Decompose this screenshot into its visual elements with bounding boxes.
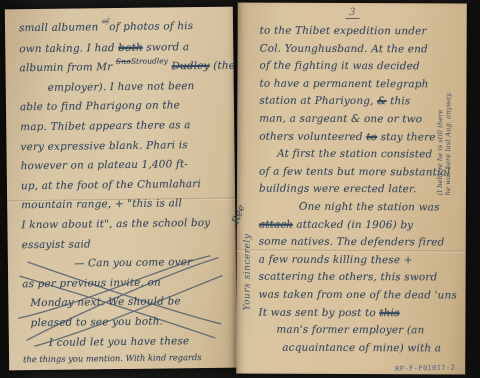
handwriting-line: some natives. The defenders fired [259,234,452,252]
handwriting-segment: very expressive blank. Phari is [20,139,187,153]
page-number: 3 [345,7,359,19]
handwriting-segment: was taken from one of the dead 'uns [259,289,457,302]
handwriting-segment-x: Dudley [171,60,209,72]
handwriting-segment: mountain range, + "this is all [21,198,182,212]
handwriting-segment: sword a [143,41,190,54]
handwriting-segment-x: both [118,41,143,53]
handwriting-line: man, a sargeant & one or two [259,111,452,129]
handwriting-segment: however on a plateau 1,400 ft- [21,158,188,172]
letter-page-left: small albumen ofof photos of hisown taki… [5,7,237,371]
handwriting-segment-x: attack [259,218,293,230]
handwriting-line: small albumen ofof photos of his [19,17,227,40]
handwriting-line: as per previous invite, on [22,272,230,294]
right-margin-note: (I believe he is still there he was here… [436,27,453,195]
handwriting-segment: It was sent by post to [258,306,379,319]
handwriting-line: able to find Pharigong on the [20,96,228,118]
handwriting-segment: Monday next. We should be [30,296,181,310]
handwriting-segment: One night the station was [299,201,440,214]
handwriting-segment: attacked (in 1906) by [293,218,413,231]
handwriting-segment: I could let you have these [49,335,190,349]
handwriting-segment: the things you mention. With kind regard… [23,352,202,364]
handwriting-line: to the Thibet expedition under [260,23,453,41]
handwriting-segment: At first the station consisted [277,148,432,161]
handwriting-segment: man, a sargeant & one or two [259,113,422,126]
handwriting-segment: employer). I have not been [48,80,195,94]
handwriting-line: — Can you come over [22,253,230,275]
handwriting-segment: small albumen [19,21,102,34]
catalog-number: RP-F-F01017-2 [395,364,455,373]
handwriting-segment: own taking. I had [19,42,118,55]
handwriting-segment: to the Thibet expedition under [260,25,427,38]
handwriting-line: to have a permanent telegraph [259,75,452,93]
handwriting-line: station at Phariyong, & this [259,93,452,111]
handwriting-segment: of the fighting it was decided [260,60,420,73]
handwriting-segment-insmark: of [102,17,109,25]
handwriting-line: acquaintance of mine) with a [258,339,451,357]
handwriting-segment: a few rounds killing these + [259,253,413,266]
letter-page-right: 3 to the Thibet expedition underCol. You… [236,3,467,375]
handwriting-segment: to have a permanent telegraph [259,77,428,90]
handwriting-line: was taken from one of the dead 'uns [258,287,451,305]
handwriting-segment: essayist said [22,238,91,251]
handwriting-segment-x: to [366,131,377,143]
handwriting-segment: (the [210,60,236,72]
handwriting-segment: some natives. The defenders fired [259,236,445,249]
handwriting-segment: map. Thibet appears there as a [20,119,191,133]
handwriting-line: It was sent by post to this [258,304,451,322]
handwriting-line: the things you mention. With kind regard… [23,351,231,366]
handwriting-line: employer). I have not been [20,76,228,98]
handwriting-line: I know about it", as the school boy [21,214,229,236]
handwriting-segment-supx: Sno [116,57,131,66]
right-page-text: to the Thibet expedition underCol. Young… [258,23,452,358]
handwriting-line: man's former employer (an [258,322,451,340]
right-margin-note-line2: he was here last Aug. anyway. [444,27,453,195]
handwriting-line: however on a plateau 1,400 ft- [21,155,229,177]
handwriting-segment: of photos of his [109,20,193,33]
handwriting-line: map. Thibet appears there as a [20,116,228,138]
handwriting-segment: of a few tents but more substantial [259,165,450,178]
handwriting-line: attack attacked (in 1906) by [259,216,452,234]
handwriting-segment: buildings were erected later. [259,183,417,196]
left-page-text: small albumen ofof photos of hisown taki… [19,17,231,366]
handwriting-line: Monday next. We should be [22,292,230,314]
handwriting-line: of the fighting it was decided [259,58,452,76]
handwriting-line: of a few tents but more substantial [259,163,452,181]
handwriting-segment-sup: Stroudley [131,57,168,66]
handwriting-segment: pleased to see you both. [31,315,164,329]
handwriting-line: a few rounds killing these + [259,251,452,269]
handwriting-segment: scattering the others, this sword [259,271,438,284]
handwriting-segment: as per previous invite, on [22,276,161,290]
letter-photo-scene: small albumen ofof photos of hisown taki… [0,0,480,378]
handwriting-line: others volunteered to stay there [259,128,452,146]
handwriting-segment: I know about it", as the school boy [21,217,210,231]
handwriting-line: One night the station was [259,199,452,217]
handwriting-segment: man's former employer (an [276,324,424,337]
handwriting-line: buildings were erected later. [259,181,452,199]
handwriting-line: scattering the others, this sword [259,269,452,287]
handwriting-segment: this [387,96,411,108]
handwriting-line: pleased to see you both. [23,312,231,334]
handwriting-segment: able to find Pharigong on the [20,100,180,114]
handwriting-segment: Col. Younghusband. At the end [260,42,428,55]
handwriting-line: up, at the foot of the Chumlahari [21,174,229,196]
handwriting-segment-x: & [377,95,387,107]
handwriting-segment: up, at the foot of the Chumlahari [21,178,201,192]
handwriting-line: essayist said [22,233,230,255]
handwriting-segment: acquaintance of mine) with a [282,341,441,354]
handwriting-line: I could let you have these [23,331,231,353]
handwriting-segment: stay there [377,131,436,143]
handwriting-segment: others volunteered [259,130,366,142]
handwriting-segment: station at Phariyong, [259,95,377,108]
handwriting-segment-x: this [379,307,399,319]
handwriting-line: very expressive blank. Phari is [20,135,228,157]
handwriting-segment: — Can you come over [74,256,193,269]
handwriting-line: Col. Younghusband. At the end [260,40,453,58]
handwriting-segment: albumin from Mr [19,61,116,74]
handwriting-line: mountain range, + "this is all [21,194,229,216]
vertical-signature-note: Yours sincerely [242,181,253,311]
handwriting-line: At first the station consisted [259,146,452,164]
handwriting-line: albumin from Mr SnoStroudley Dudley (the [19,57,227,79]
